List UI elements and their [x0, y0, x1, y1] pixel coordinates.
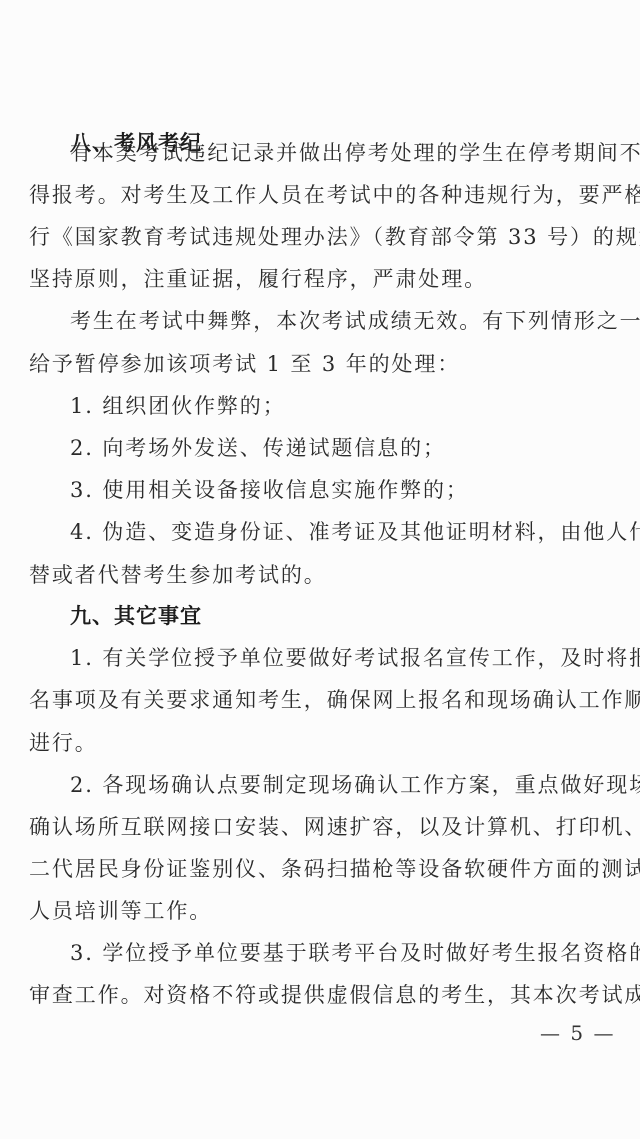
list-item: 4. 伪造、变造身份证、准考证及其他证明材料，由他人代	[70, 518, 615, 546]
list-item: 2. 各现场确认点要制定现场确认工作方案，重点做好现场	[70, 771, 615, 799]
paragraph-line: 行《国家教育考试违规处理办法》（教育部令第 33 号）的规定，	[29, 223, 614, 251]
list-item-continuation: 名事项及有关要求通知考生，确保网上报名和现场确认工作顺利	[29, 686, 614, 714]
list-item: 2. 向考场外发送、传递试题信息的；	[70, 434, 615, 462]
paragraph-line: 考生在考试中舞弊，本次考试成绩无效。有下列情形之一的，	[70, 307, 615, 335]
list-item: 1. 有关学位授予单位要做好考试报名宣传工作，及时将报	[70, 644, 615, 672]
list-item: 1. 组织团伙作弊的；	[70, 392, 615, 420]
list-item-continuation: 进行。	[29, 729, 614, 757]
list-item: 3. 使用相关设备接收信息实施作弊的；	[70, 476, 615, 504]
list-item-continuation: 替或者代替考生参加考试的。	[29, 561, 614, 589]
paragraph-line: 有本类考试违纪记录并做出停考处理的学生在停考期间不	[70, 139, 615, 167]
document-page: 八、考风考纪 有本类考试违纪记录并做出停考处理的学生在停考期间不 得报考。对考生…	[0, 0, 640, 1139]
list-item-continuation: 审查工作。对资格不符或提供虚假信息的考生，其本次考试成绩	[29, 981, 614, 1009]
section-heading-other-matters: 九、其它事宜	[70, 602, 615, 630]
page-number: — 5 —	[540, 1020, 615, 1046]
list-item-continuation: 人员培训等工作。	[29, 897, 614, 925]
paragraph-line: 坚持原则，注重证据，履行程序，严肃处理。	[29, 265, 614, 293]
paragraph-line: 给予暂停参加该项考试 1 至 3 年的处理：	[29, 350, 614, 378]
list-item-continuation: 二代居民身份证鉴别仪、条码扫描枪等设备软硬件方面的测试与	[29, 855, 614, 883]
paragraph-line: 得报考。对考生及工作人员在考试中的各种违规行为，要严格执	[29, 181, 614, 209]
list-item-continuation: 确认场所互联网接口安装、网速扩容，以及计算机、打印机、第	[29, 813, 614, 841]
list-item: 3. 学位授予单位要基于联考平台及时做好考生报名资格的	[70, 939, 615, 967]
